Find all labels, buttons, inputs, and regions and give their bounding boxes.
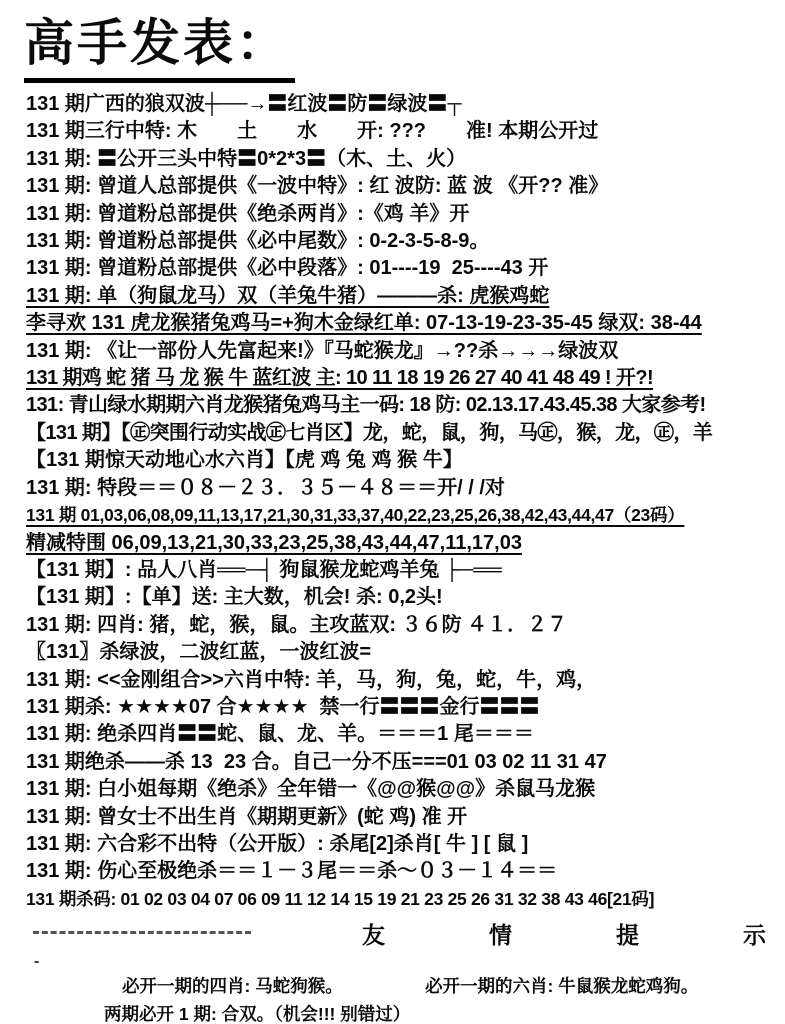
tip-line-zengnvshi: 131 期: 曾女士不出生肖《期期更新》(蛇 鸡) 准 开 (26, 804, 777, 831)
tip-line-eight-zodiac: 【131 期】: 品人八肖══─┤ 狗鼠猴龙蛇鸡羊兔 ├─══ (26, 557, 777, 584)
tip-line-single-big: 【131 期】:【单】送: 主大数，机会! 杀: 0,2头! (26, 584, 777, 611)
footnote-six-zodiac: 必开一期的六肖: 牛鼠猴龙蛇鸡狗。 (425, 973, 698, 998)
tip-sheet-page: 高手发表： 131 期广西的狼双波┼──→〓红波〓防〓绿波〓┬ 131 期三行中… (0, 0, 785, 1024)
tip-line-reduced-codes: 精减特围 06,09,13,21,30,33,23,25,38,43,44,47… (26, 530, 777, 557)
tip-line-heartbroken: 131 期: 伤心至极绝杀＝＝１－３尾＝＝杀～０３－１４＝＝ (26, 858, 777, 885)
tip-line-kill-13-23: 131 期绝杀——杀 13 23 合。自己一分不压===01 03 02 11 … (26, 749, 777, 776)
tip-line-baixiaojie: 131 期: 白小姐每期《绝杀》全年错一《@@猴@@》杀鼠马龙猴 (26, 776, 777, 803)
tip-line-six-zodiac: 【131 期惊天动地心水六肖】【虎 鸡 兔 鸡 猴 牛】 (26, 447, 777, 474)
tip-line-kill-two-zodiac: 131 期: 曾道粉总部提供《绝杀两肖》:《鸡 羊》开 (26, 201, 777, 228)
tip-line-21-kill-codes: 131 期杀码: 01 02 03 04 07 06 09 11 12 14 1… (26, 886, 777, 913)
tip-line-stars-kill: 131 期杀: ★★★★07 合★★★★ 禁一行〓〓〓金行〓〓〓 (26, 694, 777, 721)
tip-line-no-special: 131 期: 六合彩不出特（公开版）: 杀尾[2]杀肖[ 牛 ] [ 鼠 ] (26, 831, 777, 858)
tip-line-lixunhuan: 李寻欢 131 虎龙猴猪兔鸡马=+狗木金绿红单: 07-13-19-23-35-… (26, 310, 777, 337)
footer: 友情提示 - 必开一期的四肖: 马蛇狗猴。 必开一期的六肖: 牛鼠猴龙蛇鸡狗。 … (0, 917, 785, 1024)
tip-line-three-heads: 131 期: 〓公开三头中特〓0*2*3〓（木、土、火） (26, 146, 777, 173)
page-title: 高手发表： (24, 16, 295, 83)
tip-line-blue-red-main: 131 期鸡 蛇 猪 马 龙 猴 牛 蓝红波 主: 10 11 18 19 26… (26, 365, 777, 392)
tip-line-red-green-wave: 131 期广西的狼双波┼──→〓红波〓防〓绿波〓┬ (26, 91, 777, 118)
tip-line-qingshan: 131: 青山绿水期期六肖龙猴猪兔鸡马主一码: 18 防: 02.13.17.4… (26, 392, 777, 419)
tip-line-king-kong: 131 期: <<金刚组合>>六肖中特: 羊，马，狗，兔，蛇，牛，鸡， (26, 667, 777, 694)
tip-line-kill-green-wave: 〖131〗杀绿波，二波红蓝，一波红波= (26, 639, 777, 666)
footnote-four-zodiac: 必开一期的四肖: 马蛇狗猴。 (122, 973, 343, 998)
tip-line-special-segment: 131 期: 特段＝＝０８－２３．３５－４８＝＝开/ / /对 (26, 475, 777, 502)
tip-line-four-zodiac: 131 期: 四肖: 猪，蛇，猴，鼠。主攻蓝双: ３６防 ４１．２７ (26, 612, 777, 639)
tip-line-segment: 131 期: 曾道粉总部提供《必中段落》: 01----19 25----43 … (26, 255, 777, 282)
tip-line-breakout-seven: 【131 期】【㊣突围行动实战㊣七肖区】龙，蛇，鼠，狗，马㊣，猴，龙，㊣，羊 (26, 420, 777, 447)
stray-dash: - (34, 953, 39, 971)
footnote-double-open: 两期必开 1 期: 合双。（机会!!! 别错过） (104, 1001, 410, 1024)
tip-line-three-elements: 131 期三行中特: 木 土 水 开: ??? 准! 本期公开过 (26, 118, 777, 145)
tip-line-23-codes: 131 期 01,03,06,08,09,11,13,17,21,30,31,3… (26, 502, 777, 529)
prediction-lines: 131 期广西的狼双波┼──→〓红波〓防〓绿波〓┬ 131 期三行中特: 木 土… (0, 91, 785, 913)
tip-line-kill-four-zodiac: 131 期: 绝杀四肖〓〓蛇、鼠、龙、羊。＝＝＝1 尾＝＝＝ (26, 721, 777, 748)
tip-line-odd-even: 131 期: 单（狗鼠龙马）双（羊兔牛猪）———杀: 虎猴鸡蛇 (26, 283, 777, 310)
header: 高手发表： (0, 0, 785, 83)
dashed-divider (33, 931, 251, 934)
tip-line-get-rich: 131 期: 《让一部份人先富起来!》『马蛇猴龙』→??杀→→→绿波双 (26, 338, 777, 365)
friendly-notice-title: 友情提示 (362, 917, 785, 950)
tip-line-one-wave: 131 期: 曾道人总部提供《一波中特》: 红 波防: 蓝 波 《开?? 准》 (26, 173, 777, 200)
tip-line-tail-numbers: 131 期: 曾道粉总部提供《必中尾数》: 0-2-3-5-8-9。 (26, 228, 777, 255)
